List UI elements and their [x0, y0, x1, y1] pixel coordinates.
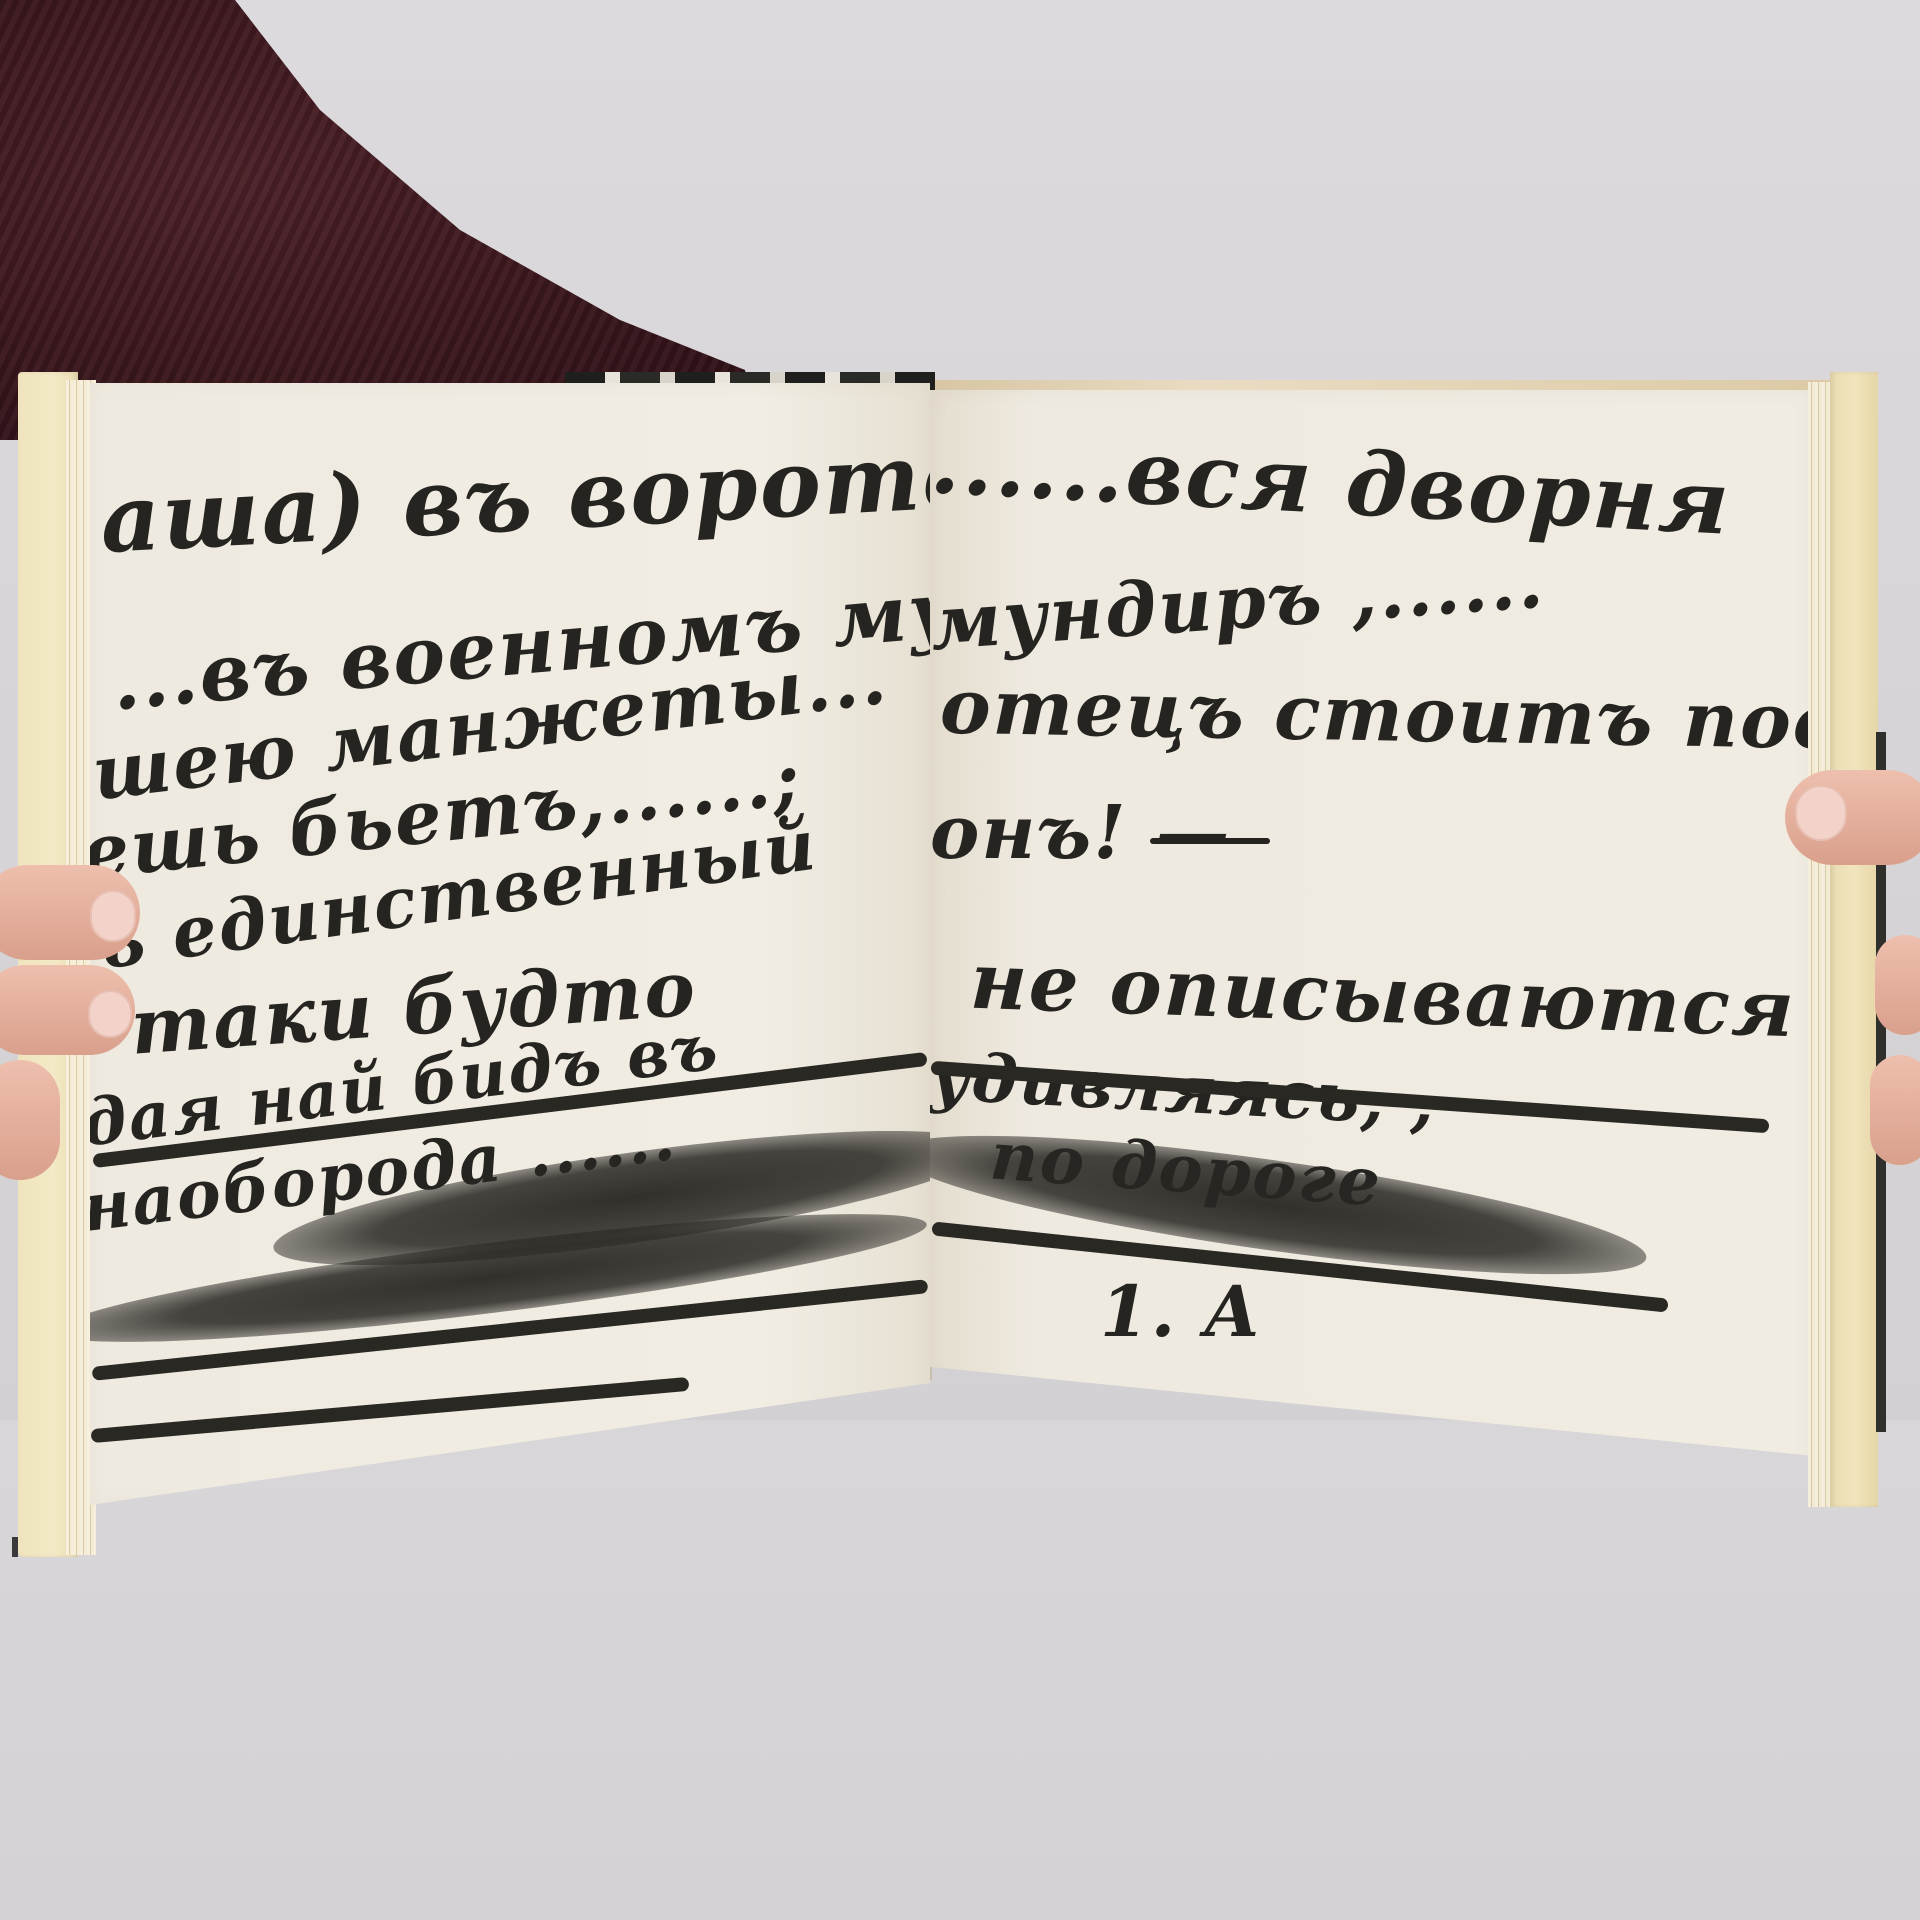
- handwriting-line: отецъ стоитъ подо: [939, 662, 1810, 768]
- handwriting-line: аша) въ вороте: [98, 420, 930, 574]
- table-surface: [0, 1420, 1920, 1920]
- handwriting-line: онъ! —: [930, 790, 1231, 876]
- handwriting-line: не описываются: [969, 936, 1798, 1056]
- handwriting-line: 1. А: [1100, 1270, 1262, 1353]
- book-cover-right: [1830, 372, 1878, 1507]
- left-page: аша) въ вороте ...въ военномъ мундиръ ше…: [90, 383, 930, 1505]
- right-page: ......вся дворня мундиръ ,...... отецъ с…: [930, 390, 1810, 1500]
- handwriting-line: мундиръ ,......: [930, 539, 1548, 668]
- em-dash: [1150, 838, 1270, 844]
- handwriting-line: ......вся дворня: [930, 409, 1733, 555]
